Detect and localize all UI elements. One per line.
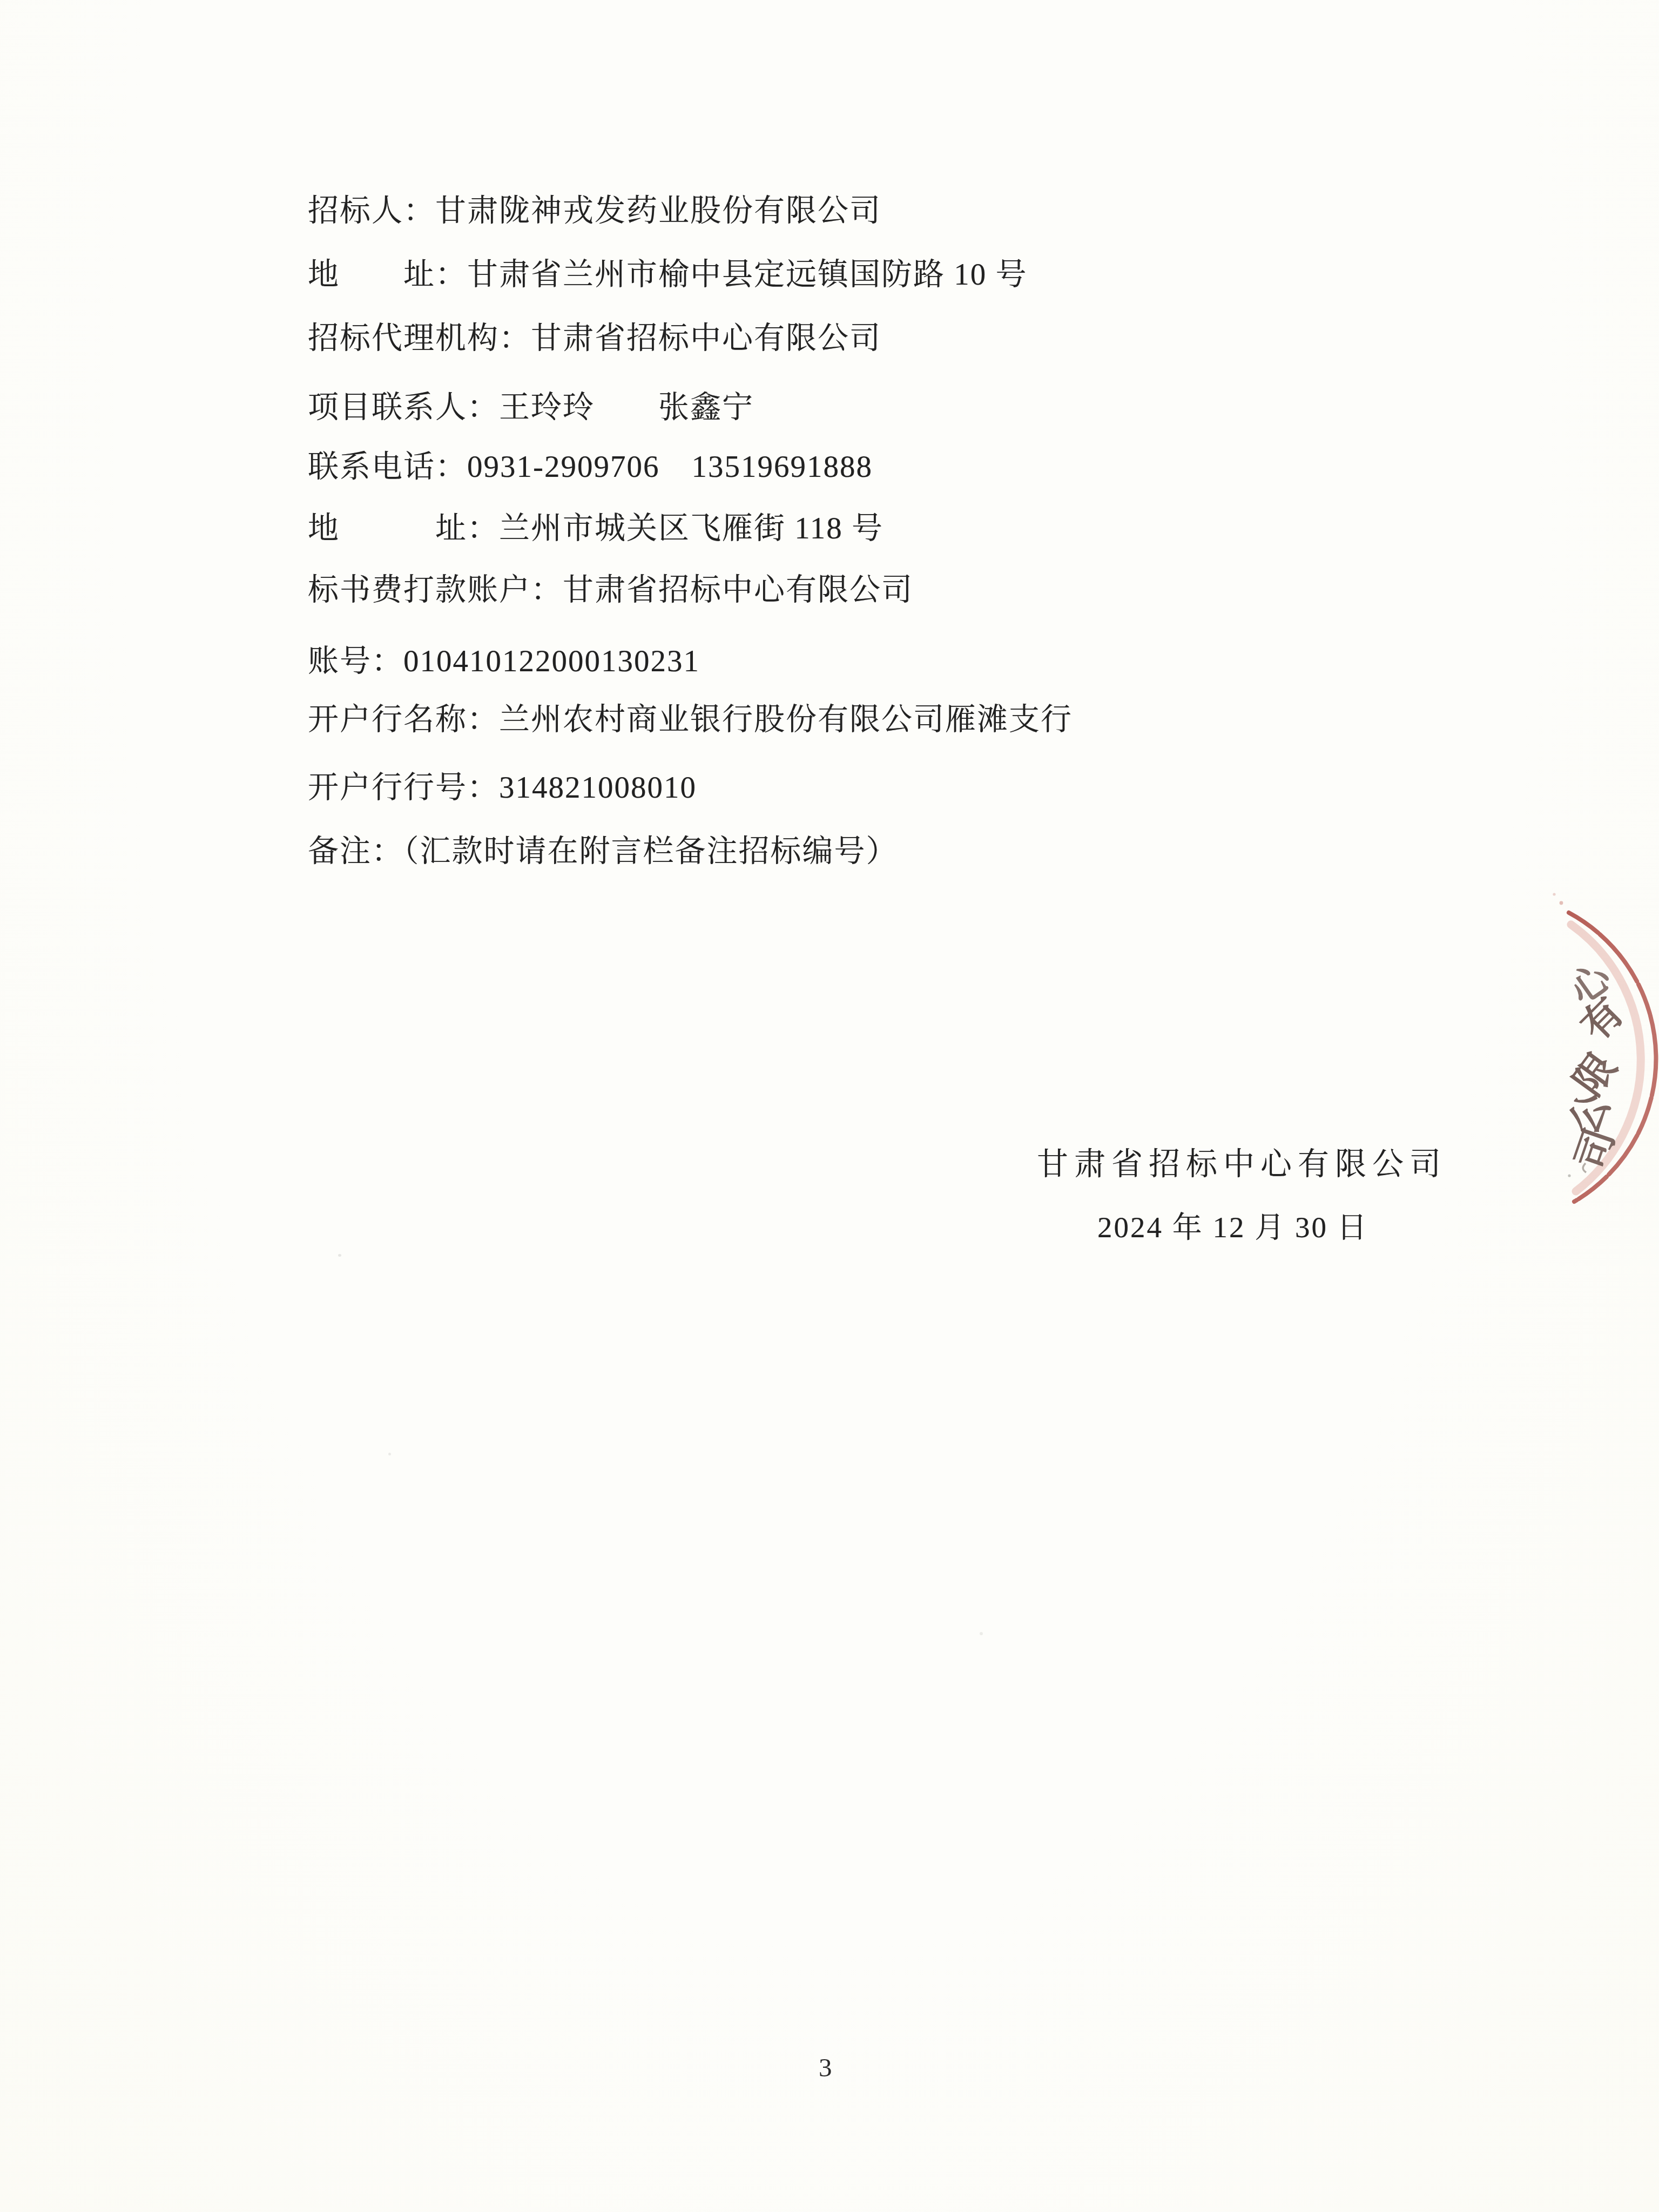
signature-date: 2024 年 12 月 30 日 bbox=[1097, 1203, 1368, 1246]
scan-speck bbox=[388, 1453, 391, 1455]
line-tenderer-address: 地 址：甘肃省兰州市榆中县定远镇国防路 10 号 bbox=[308, 257, 1028, 293]
signature-company: 甘肃省招标中心有限公司 bbox=[1037, 1138, 1447, 1184]
line-bank-name: 开户行名称：兰州农村商业银行股份有限公司雁滩支行 bbox=[308, 702, 1073, 738]
line-account-number: 账号：010410122000130231 bbox=[308, 644, 700, 679]
scan-speck bbox=[338, 1254, 341, 1257]
line-remark: 备注：（汇款时请在附言栏备注招标编号） bbox=[308, 834, 898, 869]
scanned-document-page: 招标人：甘肃陇神戎发药业股份有限公司 地 址：甘肃省兰州市榆中县定远镇国防路 1… bbox=[0, 0, 1659, 2212]
line-tenderer: 招标人：甘肃陇神戎发药业股份有限公司 bbox=[308, 193, 881, 229]
line-bank-code: 开户行行号：314821008010 bbox=[308, 770, 697, 806]
scan-speck bbox=[980, 1632, 983, 1635]
line-agency: 招标代理机构：甘肃省招标中心有限公司 bbox=[308, 321, 881, 356]
page-number: 3 bbox=[819, 2052, 832, 2083]
seal-ink-speck bbox=[1553, 893, 1555, 895]
company-seal-stamp: 心 有 限 公 司 bbox=[1431, 864, 1659, 1274]
seal-ink-speck bbox=[1560, 901, 1563, 905]
seal-stray-dot bbox=[1568, 1174, 1570, 1177]
line-payment-account-name: 标书费打款账户：甘肃省招标中心有限公司 bbox=[308, 572, 913, 608]
line-agency-address: 地 址：兰州市城关区飞雁街 118 号 bbox=[308, 511, 884, 547]
line-project-contacts: 项目联系人：王玲玲 张鑫宁 bbox=[308, 390, 754, 426]
line-contact-phones: 联系电话：0931-2909706 13519691888 bbox=[308, 449, 873, 485]
